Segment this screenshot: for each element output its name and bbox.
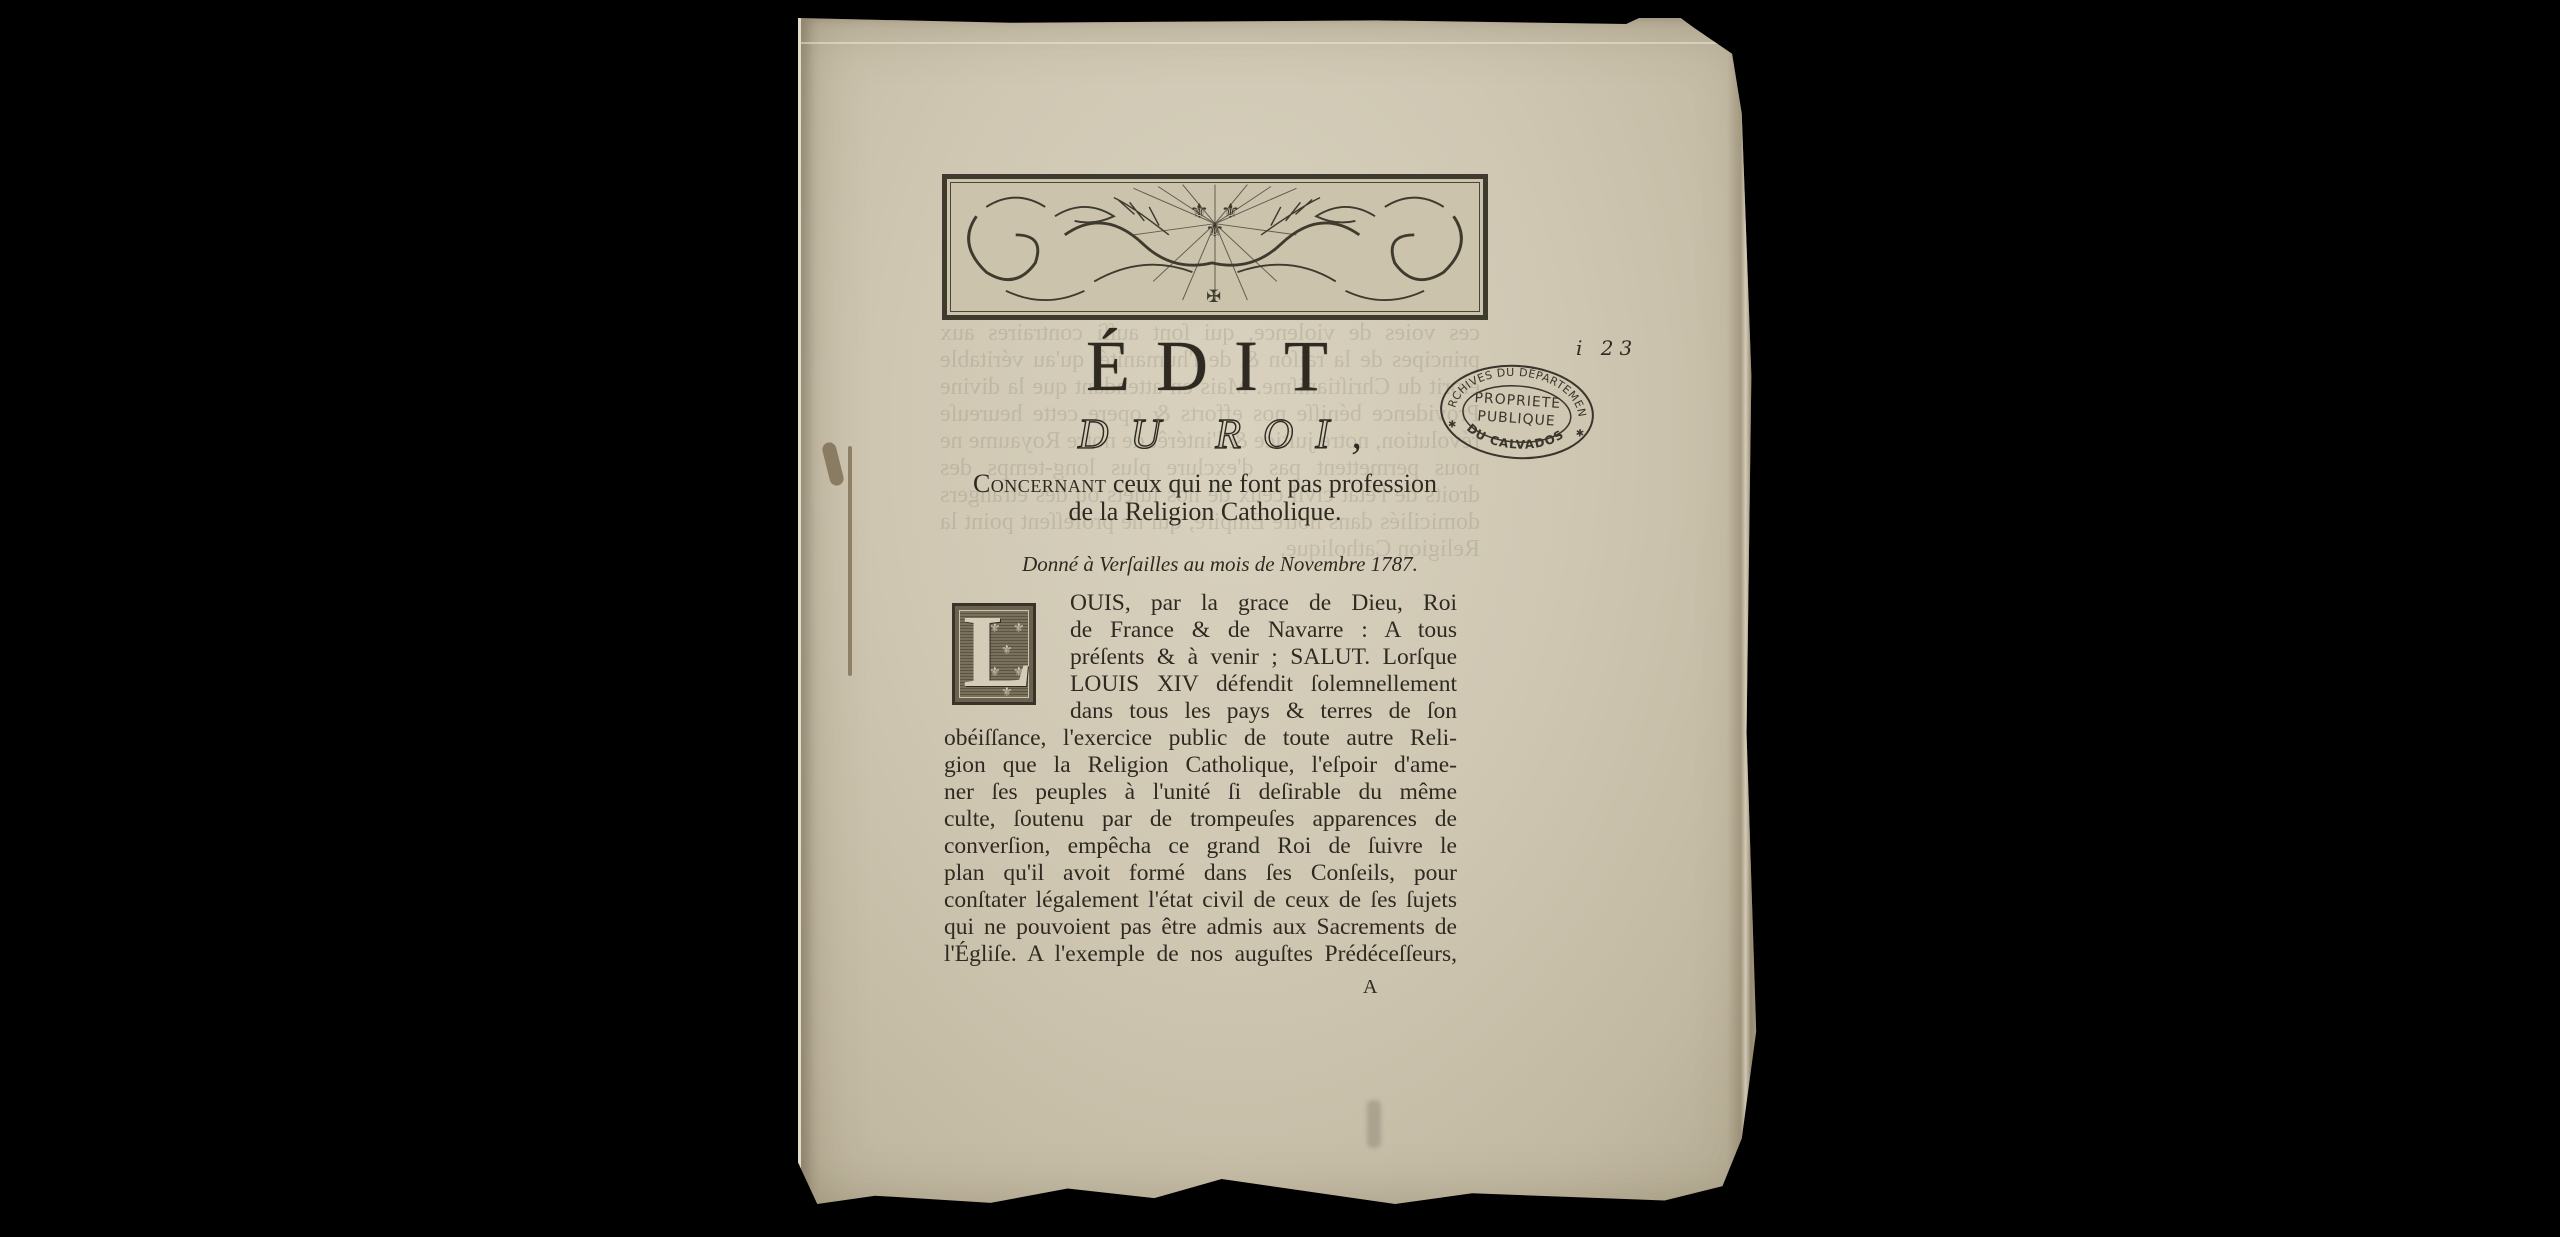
body-line: OUIS, par la grace de Dieu, Roi xyxy=(944,590,1457,617)
binding-thread xyxy=(848,446,852,676)
body-line: conſtater légalement l'état civil de ceu… xyxy=(944,887,1457,914)
given-at-line: Donné à Verſailles au mois de Novembre 1… xyxy=(940,552,1500,576)
subject-line2: de la Religion Catholique. xyxy=(1069,497,1342,526)
edict-subject: Concernant ceux qui ne font pas professi… xyxy=(945,470,1465,526)
handwritten-shelfmark: i 23 xyxy=(1576,336,1638,360)
svg-text:⚜: ⚜ xyxy=(1205,217,1224,241)
smudge-mark xyxy=(1367,1100,1381,1148)
body-line: dans tous les pays & terres de ſon xyxy=(944,698,1457,725)
body-line: converſion, empêcha ce grand Roi de ſuiv… xyxy=(944,833,1457,860)
subtitle-text: DU ROI xyxy=(1078,412,1351,458)
svg-text:✠: ✠ xyxy=(1206,287,1221,306)
page-edge-stack xyxy=(1727,18,1761,1210)
edict-body: OUIS, par la grace de Dieu, Roi de Franc… xyxy=(944,590,1457,968)
subject-smallcaps: Concernant xyxy=(973,469,1106,498)
body-line: de France & de Navarre : A tous xyxy=(944,617,1457,644)
signature-mark: A xyxy=(1363,976,1377,999)
edict-subtitle: DU ROI, xyxy=(940,411,1500,459)
edict-title: ÉDIT xyxy=(940,330,1500,402)
body-line: gion que la Religion Catholique, l'eſpoi… xyxy=(944,752,1457,779)
ornamental-headpiece: ⚜⚜⚜ ✠ xyxy=(942,174,1488,320)
body-line: préſents & à venir ; SALUT. Lorſque xyxy=(944,644,1457,671)
body-line: obéiſſance, l'exercice public de toute a… xyxy=(944,725,1457,752)
body-line: l'Égliſe. A l'exemple de nos auguſtes Pr… xyxy=(944,941,1457,968)
fleur-de-lis-sunburst-icon: ⚜⚜⚜ ✠ xyxy=(947,179,1483,315)
fold-line xyxy=(801,42,1761,44)
body-line: LOUIS XIV défendit ſolemnellement xyxy=(944,671,1457,698)
body-line: qui ne pouvoient pas être admis aux Sacr… xyxy=(944,914,1457,941)
archive-stamp: ARCHIVES DU DÉPARTEMENT DU CALVADOS ✱ ✱ … xyxy=(1434,357,1601,468)
body-line: plan qu'il avoit formé dans ſes Conſeils… xyxy=(944,860,1457,887)
subtitle-comma: , xyxy=(1351,412,1362,458)
body-line: culte, ſoutenu par de trompeuſes apparen… xyxy=(944,806,1457,833)
subject-line1-rest: ceux qui ne font pas profession xyxy=(1106,469,1437,498)
body-line: ner ſes peuples à l'unité ſi deſirable d… xyxy=(944,779,1457,806)
